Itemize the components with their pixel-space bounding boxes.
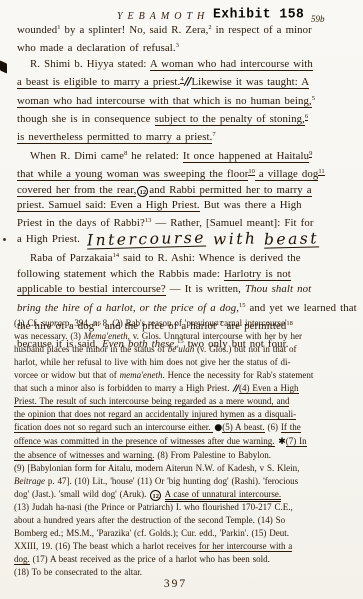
text-segment: covered her from the rear,	[17, 184, 136, 197]
body-text-line: who made a declaration of refusal.3	[17, 38, 357, 56]
body-text-line: wounded1 by a splinter! No, said R. Zera…	[17, 20, 357, 38]
text-segment: (6)	[265, 422, 281, 432]
text-segment: (8) From Palestine to Babylon.	[154, 450, 271, 460]
text-segment: dog' (Jast.). 'small wild dog' (Aruk).	[14, 489, 149, 499]
pen-mark: //	[233, 384, 238, 394]
body-text-line: a beast is eligible to marry a priest.4/…	[17, 72, 357, 90]
circled-footnote-ref: 12	[150, 490, 161, 501]
text-segment: who made a declaration of refusal.	[17, 42, 176, 54]
body-text-line: R. Shimi b. Hiyya stated: A woman who ha…	[17, 57, 357, 72]
text-segment: — It is written,	[166, 283, 245, 295]
pen-mark: //	[185, 75, 191, 88]
footnote-line: was necessary. (3) Mema'eneth, v. Glos. …	[14, 330, 357, 343]
text-segment: though she is in consequence	[17, 113, 155, 125]
footnote-ref: 11	[318, 168, 324, 176]
body-text-line: covered her from the rear,12and Rabbi pe…	[17, 183, 357, 198]
text-segment: dog.	[14, 554, 30, 565]
body-text-line: bring the hire of a harlot, or the price…	[17, 298, 357, 316]
footnote-line: (18) To be consecrated to the altar.	[14, 566, 357, 579]
body-text-line: a High Priest.Intercourse with beast	[17, 232, 357, 248]
text-segment: A woman who had intercourse with	[150, 58, 313, 71]
text-segment: Bomberg ed.; MS.M., 'Parazika' (cf. Gold…	[14, 528, 289, 538]
body-text-line: that while a young woman was sweeping th…	[17, 164, 357, 182]
scan-artifact	[0, 60, 7, 73]
text-segment: and yet we learned that	[246, 302, 357, 314]
text-segment: (5) A beast.	[222, 422, 264, 433]
text-segment: R. Shimi b. Hiyya stated:	[30, 58, 150, 70]
text-segment: offence was committed in the presence of…	[14, 436, 275, 447]
text-segment: Mema'eneth	[84, 331, 128, 341]
footnote-ref: 3	[176, 42, 179, 49]
footnote-line: (13) Judah ha-nasi (the Prince or Patria…	[14, 501, 357, 514]
text-segment: mema'eneth	[120, 370, 163, 380]
text-segment: a beast is eligible to marry a priest.	[17, 76, 180, 89]
footnote-ref: 4	[180, 76, 183, 84]
footnote-line: harlot, while her refusal to live with h…	[14, 356, 357, 369]
text-segment: harlot, while her refusal to live with h…	[14, 357, 290, 367]
footnote-line: the absence of witnesses and warning. (8…	[14, 449, 357, 462]
footnote-ref: 10	[248, 168, 255, 176]
text-segment: applicable to bestial intercourse?	[17, 283, 166, 296]
handwritten-annotation: beast	[264, 231, 319, 249]
text-segment: p. 47]. (10) Lit., 'house' (11) Or 'big …	[45, 476, 298, 486]
text-segment: is nevertheless permitted to marry a pri…	[17, 131, 212, 144]
text-segment: he related:	[127, 150, 183, 162]
footnote-ref: 7	[212, 131, 215, 138]
footnote-ref: 6	[305, 113, 308, 121]
text-segment: Harlotry is not	[224, 268, 291, 281]
text-segment: — Rather, [Samuel meant]: Fit for	[151, 217, 313, 229]
text-segment: (13) Judah ha-nasi (the Prince or Patria…	[14, 502, 293, 512]
body-text-line: Raba of Parzakaia14 said to R. Ashi: Whe…	[17, 248, 357, 266]
footnote-line: fication does not so regard such an inte…	[14, 421, 357, 435]
text-segment: for her intercourse with a	[199, 541, 292, 552]
text-segment: p. 394. n. 8. (2) Rab's reason of 'previ…	[62, 318, 287, 328]
text-segment: Raba of Parzakaia	[30, 252, 113, 264]
body-text-line: is nevertheless permitted to marry a pri…	[17, 127, 357, 145]
text-segment: (1) Cf.	[14, 318, 41, 328]
body-text-line: following statement which the Rabbis mad…	[17, 267, 357, 282]
page-number: 397	[0, 578, 351, 590]
text-segment: supra	[41, 318, 62, 328]
scan-artifact	[3, 238, 6, 241]
text-segment: that while a young woman was sweeping th…	[17, 168, 248, 181]
body-text-line: When R. Dimi came8 he related: It once h…	[17, 146, 357, 164]
text-segment: (4) Even a High	[239, 383, 299, 394]
footnotes-block: (1) Cf. supra p. 394. n. 8. (2) Rab's re…	[14, 317, 357, 579]
text-segment: (v. Glos.) but not in that of	[194, 344, 296, 354]
text-segment: When R. Dimi came	[30, 150, 124, 162]
footnote-line: dog' (Jast.). 'small wild dog' (Aruk). 1…	[14, 488, 357, 502]
pen-mark: ●	[214, 423, 221, 433]
footnote-line: the opinion that does not regard an acci…	[14, 408, 357, 421]
handwritten-annotation: with	[213, 231, 258, 247]
text-segment: vorcee or widow but that of	[14, 370, 120, 380]
text-segment: Priest. The result of such intercourse b…	[14, 396, 289, 407]
text-segment: and Rabbi permitted her to marry a	[149, 184, 311, 197]
body-text-line: priest. Samuel said: Even a High Priest.…	[17, 198, 357, 213]
text-segment: the opinion that does not regard an acci…	[14, 409, 296, 420]
footnote-line: (1) Cf. supra p. 394. n. 8. (2) Rab's re…	[14, 317, 357, 330]
footnote-line: husband places the minor in the status o…	[14, 343, 357, 356]
footnote-line: dog. (17) A beast received as the price …	[14, 553, 357, 566]
text-segment: Likewise it was taught: A	[191, 76, 309, 89]
text-segment: Priest in the days of Rabbi?	[17, 217, 145, 229]
text-segment: in respect of a minor	[212, 24, 312, 36]
footnote-line: that such a minor also is forbidden to m…	[14, 382, 357, 396]
text-segment: If the	[281, 422, 301, 433]
handwritten-annotation: Intercourse	[87, 230, 206, 249]
text-segment: was necessary. (3)	[14, 331, 84, 341]
footnote-line: Bomberg ed.; MS.M., 'Parazika' (cf. Gold…	[14, 527, 357, 540]
text-segment: a High Priest.	[17, 233, 80, 245]
text-segment: the absence of witnesses and warning.	[14, 450, 154, 461]
text-segment: said to R. Ashi: Whence is derived the	[119, 252, 301, 264]
text-segment: about a hundred years after the destruct…	[14, 515, 285, 525]
footnote-line: Beitrage p. 47]. (10) Lit., 'house' (11)…	[14, 475, 357, 488]
footnote-line: XXIII, 19. (16) The beast which a harlot…	[14, 540, 357, 553]
text-segment: fication does not so regard such an inte…	[14, 422, 213, 433]
body-text-line: though she is in consequence subject to …	[17, 109, 357, 127]
text-segment: (7) In	[286, 436, 307, 447]
text-segment: , v. Glos. Unnatural intercourse with he…	[128, 331, 302, 341]
body-text-line: applicable to bestial intercourse? — It …	[17, 282, 357, 297]
scanned-book-page: YEBAMOTH Exhibit 158 59b wounded1 by a s…	[0, 0, 363, 599]
text-segment: bring the hire of a harlot, or the price…	[17, 302, 239, 314]
text-segment: XXIII, 19. (16) The beast which a harlot…	[14, 541, 199, 551]
text-segment: be'ulah	[168, 344, 194, 354]
text-segment: by a splinter! No, said R. Zera,	[61, 24, 209, 36]
text-segment: (18) To be consecrated to the altar.	[14, 567, 142, 577]
pen-mark: ✱	[276, 437, 285, 447]
main-text-block: wounded1 by a splinter! No, said R. Zera…	[17, 20, 357, 353]
text-segment: (17) A beast received as the price of a …	[30, 554, 270, 564]
footnote-line: vorcee or widow but that of mema'eneth. …	[14, 369, 357, 382]
text-segment: But was there a High	[200, 199, 302, 211]
text-segment: Thou shalt not	[245, 283, 311, 295]
text-segment: It once happened at Haitalu	[183, 150, 309, 163]
text-segment: priest. Samuel said: Even a High Priest.	[17, 199, 200, 212]
text-segment: that such a minor also is forbidden to m…	[14, 383, 232, 393]
text-segment: a village dog	[255, 168, 318, 181]
text-segment: subject to the penalty of stoning,	[155, 113, 305, 126]
text-segment: following statement which the Rabbis mad…	[17, 268, 224, 280]
text-segment: husband places the minor in the status o…	[14, 344, 168, 354]
text-segment: Beitrage	[14, 476, 45, 486]
footnote-ref: 9	[309, 150, 312, 158]
body-text-line: woman who had intercourse with that whic…	[17, 91, 357, 109]
footnote-line: offence was committed in the presence of…	[14, 435, 357, 449]
footnote-line: Priest. The result of such intercourse b…	[14, 395, 357, 408]
text-segment: A case of unnatural intercourse.	[165, 489, 282, 502]
circled-footnote-ref: 12	[137, 186, 148, 197]
text-segment: woman who had intercourse with that whic…	[17, 95, 312, 108]
footnote-line: (9) [Babylonian form for Aitalu, modern …	[14, 462, 357, 475]
footnote-line: about a hundred years after the destruct…	[14, 514, 357, 527]
text-segment: . Hence the necessity for Rab's statemen…	[163, 370, 314, 380]
footnote-ref: 5	[312, 95, 315, 102]
text-segment: (9) [Babylonian form for Aitalu, modern …	[14, 463, 299, 473]
text-segment: wounded	[17, 24, 57, 36]
